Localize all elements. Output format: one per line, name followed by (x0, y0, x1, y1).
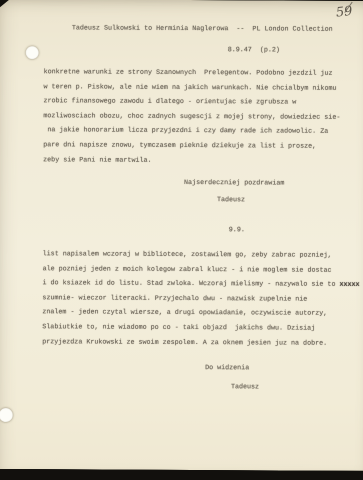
text-line-segment: i do ksiazek id do listu. Stad zwloka. W… (42, 279, 339, 289)
punch-hole-bottom (0, 408, 13, 422)
second-date: 9.9. (229, 227, 245, 234)
closing-phrase-1: Najserdeczniej pozdrawiam (184, 180, 284, 187)
text-line: mozliwosciach obozu, choc zadnych sugesc… (43, 109, 340, 125)
letter-header-title: Tadeusz Sulkowski to Herminia Naglerowa … (72, 25, 333, 33)
letter-date-page: 8.9.47 (p.2) (228, 47, 280, 54)
punch-hole-top (26, 46, 39, 59)
text-line: szumnie- wieczor literacki. Przyjechalo … (42, 291, 359, 307)
paragraph-1: konkretne warunki ze strony Szanownych P… (43, 65, 341, 169)
text-line: przyjezdza Krukowski ze swoim zespolem. … (42, 335, 359, 351)
text-line: w teren p. Piskow, ale nie wiem na jakic… (44, 80, 341, 96)
signature-1: Tadeusz (217, 197, 245, 204)
text-line: znalem - jeden czytal wiersze, a drugi o… (42, 306, 359, 322)
typed-overstrike-correction: xxxxx (339, 281, 359, 289)
text-line: pare dni napisze znowu, tymczasem piekni… (43, 138, 340, 154)
signature-2: Tadeusz (231, 384, 259, 391)
paragraph-2: list napisalem wczoraj w bibliotece, zos… (42, 247, 360, 351)
text-line: zrobic finansowego zawodu i dlatego - or… (43, 94, 340, 110)
text-line: list napisalem wczoraj w bibliotece, zos… (43, 247, 360, 263)
letter-page: 59 Tadeusz Sulkowski to Herminia Naglero… (0, 0, 363, 471)
text-line: Slabiutkie to, nie wiadomo po co - taki … (42, 320, 359, 336)
text-line: i do ksiazek id do listu. Stad zwloka. W… (42, 276, 359, 292)
closing-phrase-2: Do widzenia (205, 365, 249, 372)
scanned-letter-viewport: 59 Tadeusz Sulkowski to Herminia Naglero… (0, 0, 363, 480)
text-line: na jakie honorarium licza przyjezdni i c… (43, 124, 340, 140)
text-line: konkretne warunki ze strony Szanownych P… (44, 65, 341, 81)
text-line: zeby sie Pani nie martwila. (43, 153, 340, 169)
text-line: ale pozniej jeden z moich kolegow zabral… (43, 262, 360, 278)
